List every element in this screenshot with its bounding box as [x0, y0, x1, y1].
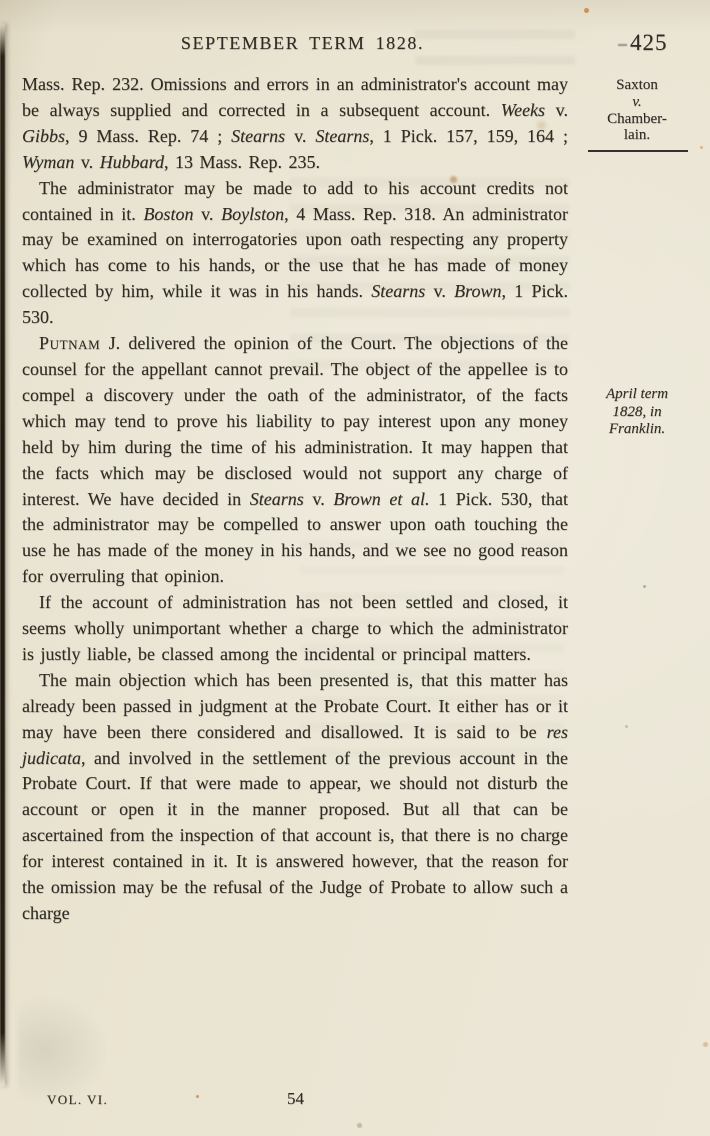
note-line: Franklin. [572, 421, 702, 439]
text-segment: Weeks [501, 100, 545, 120]
text-segment: , and involved in the settlement of the … [22, 748, 568, 923]
text-segment: If the account of administration has not… [22, 592, 568, 664]
scan-artifact-dash [618, 44, 627, 46]
text-segment: v. [425, 281, 454, 301]
text-segment: v. [193, 204, 221, 224]
text-segment: v. [74, 152, 99, 172]
paragraph: Putnam J. delivered the opinion of the C… [22, 331, 568, 590]
text-segment: , 9 Mass. Rep. 74 ; [65, 126, 231, 146]
text-segment: Boston [143, 204, 193, 224]
ink-smudge [18, 995, 108, 1105]
text-segment: Stearns [371, 281, 425, 301]
text-segment: Stearns [250, 489, 304, 509]
paragraph: The main objection which has been presen… [22, 668, 568, 927]
signature-number: 54 [287, 1089, 304, 1109]
note-line: v. [572, 94, 702, 111]
text-segment: Wyman [22, 152, 74, 172]
foxing-specks [0, 0, 3, 3]
margin-note-case-name: Saxtonv.Chamber-lain. [572, 77, 702, 144]
note-line: lain. [572, 127, 702, 144]
text-segment: Mass. Rep. 232. Omissions and errors in … [22, 74, 568, 120]
text-segment: , 1 Pick. 157, 159, 164 ; [369, 126, 568, 146]
text-segment: Stearns [315, 126, 369, 146]
text-segment: v. [545, 100, 568, 120]
paragraph: The administrator may be made to add to … [22, 176, 568, 331]
body-text: Mass. Rep. 232. Omissions and errors in … [22, 72, 568, 927]
text-segment: Hubbard [100, 152, 164, 172]
text-segment: Gibbs [22, 126, 65, 146]
text-segment: , 13 Mass. Rep. 235. [164, 152, 320, 172]
note-line: 1828, in [572, 404, 702, 422]
scanned-book-page: SEPTEMBER TERM 1828. 425 Mass. Rep. 232.… [0, 0, 710, 1136]
running-head-term: SEPTEMBER TERM 1828. [30, 33, 575, 54]
text-segment: v. [304, 489, 334, 509]
page-number: 425 [630, 30, 668, 56]
text-segment: Putnam [39, 333, 100, 353]
margin-rule [588, 150, 688, 152]
volume-label: VOL. VI. [47, 1092, 108, 1108]
note-line: Saxton [572, 77, 702, 94]
text-segment: The main objection which has been presen… [22, 670, 568, 742]
text-segment: Stearns [231, 126, 285, 146]
text-segment: J. delivered the opinion of the Court. T… [22, 333, 568, 508]
paragraph: If the account of administration has not… [22, 590, 568, 668]
text-segment: Brown [454, 281, 501, 301]
note-line: April term [572, 386, 702, 404]
text-segment: Boylston [221, 204, 284, 224]
note-line: Chamber- [572, 111, 702, 128]
text-segment: v. [285, 126, 315, 146]
paragraph: Mass. Rep. 232. Omissions and errors in … [22, 72, 568, 176]
text-segment: Brown et al. [333, 489, 429, 509]
margin-note-term-county: April term1828, inFranklin. [572, 386, 702, 439]
book-gutter-shadow [0, 24, 5, 1086]
